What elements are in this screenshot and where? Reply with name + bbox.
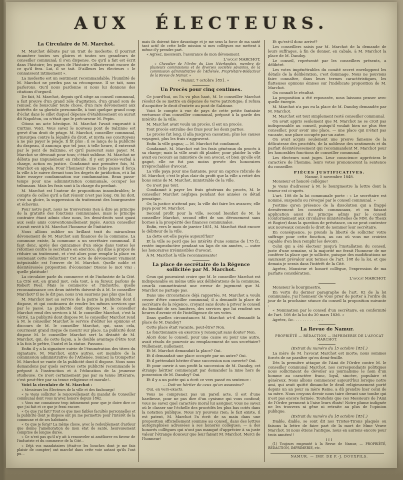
paragraph: Je viens d'adresser à M. le bourgmestre … — [268, 185, 386, 194]
paragraph: On avait acquis seulement une preuve fam… — [268, 138, 386, 156]
signature-marchot: L'avocat MARCHOT. — [268, 276, 386, 280]
paragraph: La proposition a été repoussée, nous lai… — [268, 96, 386, 105]
footnote: (1) Toujours emprunté à la Revue de Namu… — [268, 443, 386, 451]
paragraph: « Nomination par le conseil d'un secréta… — [268, 309, 386, 318]
paragraph: M. Marchot est l'auteur de propositions … — [17, 189, 135, 207]
letter-closing: Agréez, Monsieur et honoré collègue, l'e… — [268, 267, 386, 276]
paragraph: Le procès fut long, il alla jusqu'en cas… — [142, 132, 260, 141]
paragraph: La modestie est un sentiment recommandab… — [17, 77, 135, 95]
paragraph: Ceux qui pourraient croire que M. le con… — [142, 275, 260, 293]
paragraph: Enfin il y a la signature suivie de l'én… — [17, 347, 135, 383]
paragraph: La circulaire parle du commerce et de l'… — [17, 275, 135, 297]
circular-dateline: « Namur, 7 octobre 1851. » — [142, 79, 260, 83]
section-heading-place-secretaire: La place de secrétaire de la Régence sol… — [142, 262, 260, 273]
column-3: Et qu'est-il donc arrivé? Les conseiller… — [264, 40, 389, 462]
printer-imprint: NAMUR. — IMP. DE F.-J. DOUXFILS. — [268, 455, 386, 459]
section-heading-proces: Un Procès pour cinq centimes. — [142, 88, 260, 93]
circular-quote: « Vous me connaissez trop intimement pou… — [17, 401, 135, 409]
paragraph: Enfin, vers le mois de janvier 1851, M. … — [142, 225, 260, 234]
section-divider — [193, 260, 210, 261]
circular-quote: « Ce que je ferai? La même chose, avec l… — [17, 422, 135, 434]
column-1: La Circulaire de M. Marchot. M. Marchot … — [14, 40, 138, 462]
circular-quote: « Je viens solliciter le renouvellement … — [17, 392, 135, 400]
circular-quote: « Déjà vos mandataires (était-ce les bou… — [17, 444, 135, 456]
paragraph: Ce jourd'hui, on l'a vu plus haut, M. le… — [142, 95, 260, 108]
column-1-text: La Circulaire de M. Marchot. M. Marchot … — [17, 42, 135, 456]
paragraph: Or, la justice n'attend pas; la ville du… — [142, 202, 260, 211]
paragraph: En conséquence, je prends la liberté de … — [268, 231, 386, 244]
paragraph: Condamné, M. Marchot eut les frais génér… — [142, 147, 260, 169]
letter-agreez: Agréez, &c. . . . . . . . . . . . . — [268, 318, 386, 322]
paragraph: On avait appris seulement que M. Marchot… — [268, 119, 386, 137]
paragraph: M. Marchot n'a pas eu la place de M. Dan… — [268, 105, 386, 114]
paragraph: J'estime qu'en présence de la dissolutio… — [268, 203, 386, 230]
paragraph: Dès la première attaque de l'Ami de l'Or… — [268, 361, 386, 414]
paragraph: Citons un acte héroïque. M. Marchot l'av… — [17, 122, 135, 189]
signatory-titles-note: « Chevalier de l'Ordre du Lion Néerlanda… — [142, 62, 260, 78]
masthead-title: AUX ÉLECTEURS. — [6, 14, 397, 34]
paragraph: Pour notre part, nous ne trouverions rie… — [17, 207, 135, 229]
newspaper-sheet: AUX ÉLECTEURS. La Circulaire de M. March… — [6, 2, 397, 468]
paragraph: Les votes impénétrables du comité secret… — [268, 68, 386, 90]
paragraph: Dans quelles circonstances M. Marchot a-… — [142, 316, 260, 325]
circular-quote: « Ce n'est pas qu'il n'y ait à renouvele… — [17, 435, 135, 443]
paragraph: Et pour ouvrir à son profit la successio… — [142, 364, 260, 377]
paragraph: Dans une circonstance déjà rapportée, M.… — [142, 293, 260, 315]
paragraph: Alors donc le conseil, pour une cause ou… — [142, 335, 260, 348]
paragraph: Vous ne comprenez pas un pareil acte, il… — [142, 393, 260, 442]
column-layout: La Circulaire de M. Marchot. M. Marchot … — [14, 40, 389, 462]
section-heading-revue-de-namur: La Revue de Namur. — [268, 327, 386, 332]
section-divider — [193, 85, 210, 86]
paragraph: L'art. 108 de la loi communale porte : «… — [268, 194, 386, 203]
paragraph: Le conseil, représenté par les conseille… — [268, 59, 386, 68]
paragraph: Les conseillers saisis par M. Marchot de… — [268, 45, 386, 58]
section-divider — [318, 324, 335, 325]
paragraph: Condamné à payer les frais généraux du p… — [142, 188, 260, 201]
paragraph: Celui qui a été électeur jusqu'à l'insta… — [268, 244, 386, 266]
paragraph: M. Marchot met au service de la patrie l… — [17, 298, 135, 347]
paragraph: En vertu du dernier paragraphe de l'art.… — [268, 290, 386, 308]
paragraph: La ville paya pour une fantaisie, pour u… — [142, 169, 260, 182]
column-2: mais ils doivent faire davantage et je m… — [138, 40, 263, 462]
paragraph: Voici le compte à vue de pays de cette p… — [142, 109, 260, 122]
circular-continuation: mais ils doivent faire davantage et je m… — [142, 40, 260, 52]
paragraph: Les électeurs sont juges. Leur conscienc… — [268, 156, 386, 169]
paragraph: Diable, diable, se sont dit nos Tristes-… — [268, 420, 386, 438]
paragraph: La mère de M. l'avocat Marchot est morte… — [268, 351, 386, 360]
imprint-rule — [270, 453, 384, 454]
circular-quote: « Ce que j'ai fait? Tout ce que mes faib… — [17, 410, 135, 422]
paragraph: À M. Marchot la ville reconnaissante! — [142, 253, 260, 257]
paragraph: Nous allions oublier un brillant trait d… — [17, 230, 135, 274]
paragraph: De fait, M. Marchot, depuis qu'il siège … — [17, 95, 135, 122]
revue-subtitle: PROPRIÉTÉ — RÉDACTION — IMPRIMERIE DE L'… — [268, 334, 386, 342]
section-heading-circulaire: La Circulaire de M. Marchot. — [17, 42, 135, 47]
paragraph: Second profit pour la ville, second bien… — [142, 211, 260, 224]
circular-quote: « Messieurs les Électeurs de la ville et… — [17, 388, 135, 392]
paragraph: Et la ville se perd que les intérêts d'u… — [142, 240, 260, 253]
section-divider — [318, 344, 335, 345]
scanned-newspaper-page: { "page": { "masthead": "AUX ÉLECTEURS."… — [0, 0, 403, 480]
column-2-text: mais ils doivent faire davantage et je m… — [142, 40, 260, 441]
section-divider — [318, 283, 335, 284]
paragraph: M. Marchot débute par un trait de modest… — [17, 49, 135, 76]
circular-lead-in: Voici la circulaire de M. Marchot : — [17, 383, 135, 387]
column-3-text: Et qu'est-il donc arrivé? Les conseiller… — [268, 40, 386, 459]
